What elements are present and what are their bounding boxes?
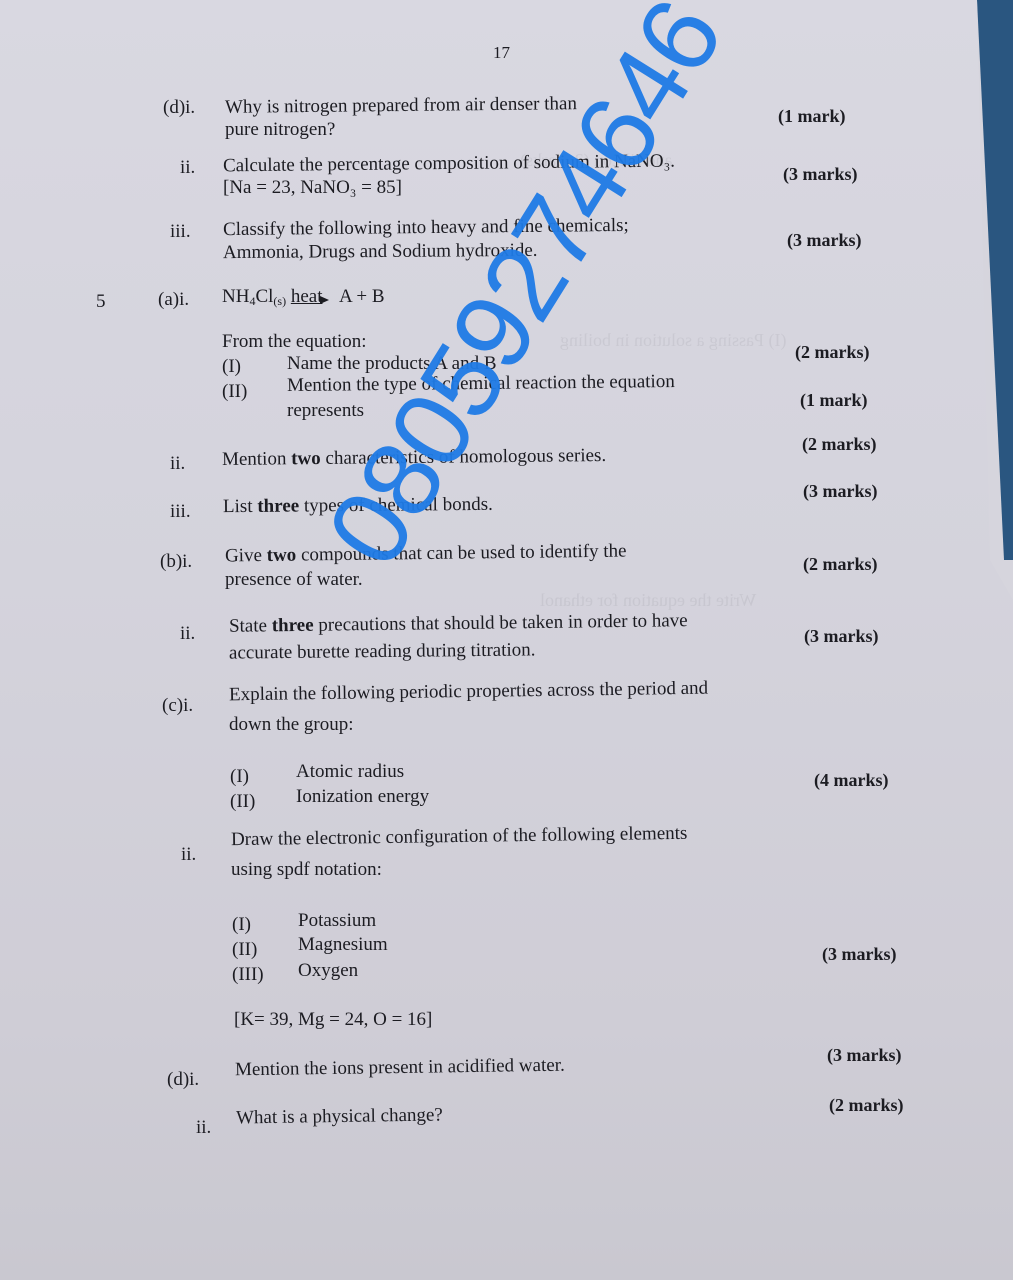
question-label: iii. — [170, 500, 191, 524]
question-text: accurate burette reading during titratio… — [229, 638, 536, 665]
marks-label: (3 marks) — [787, 230, 862, 251]
marks-label: (3 marks) — [803, 481, 878, 502]
marks-label: (2 marks) — [795, 342, 870, 363]
question-number: 5 — [96, 290, 106, 314]
question-label: (c)i. — [162, 694, 193, 718]
question-label: ii. — [180, 156, 195, 180]
sub-label: (II) — [222, 380, 247, 404]
question-label: (a)i. — [158, 288, 189, 312]
marks-label: (2 marks) — [829, 1095, 904, 1116]
reaction-condition: heat — [291, 286, 323, 307]
question-text: State three precautions that should be t… — [229, 609, 688, 639]
sub-question-text: Potassium — [298, 909, 376, 933]
question-text: presence of water. — [225, 568, 363, 592]
question-text: Explain the following periodic propertie… — [229, 677, 708, 708]
chemical-equation: NH4Cl(s) heat A + B — [222, 285, 385, 309]
page-number: 17 — [493, 43, 510, 63]
sub-question-text: Atomic radius — [296, 760, 404, 784]
question-text: using spdf notation: — [231, 858, 382, 882]
question-text: Mention the ions present in acidified wa… — [235, 1054, 565, 1083]
marks-label: (3 marks) — [804, 626, 879, 647]
sub-label: (II) — [230, 790, 255, 814]
question-label: ii. — [180, 622, 195, 646]
sub-label: (II) — [232, 938, 257, 962]
question-label: ii. — [196, 1116, 211, 1140]
question-label: iii. — [170, 220, 191, 244]
question-text: pure nitrogen? — [225, 118, 335, 142]
marks-label: (3 marks) — [822, 944, 897, 965]
question-text: [Na = 23, NaNO₃ = 85] — [223, 176, 402, 200]
marks-label: (4 marks) — [814, 770, 889, 791]
question-text: down the group: — [229, 713, 354, 737]
sub-label: (I) — [222, 355, 241, 379]
sub-label: (I) — [230, 765, 249, 789]
sub-question-text: represents — [287, 399, 364, 423]
sub-question-text: Oxygen — [298, 959, 358, 983]
sub-label: (III) — [232, 963, 264, 987]
question-label: (d)i. — [167, 1068, 199, 1092]
sub-question-text: Magnesium — [298, 933, 388, 957]
question-label: ii. — [181, 843, 196, 867]
marks-label: (3 marks) — [783, 164, 858, 185]
sub-question-text: Ionization energy — [296, 785, 429, 809]
exam-page: and silicon (2 marks) (I) Passing a solu… — [0, 0, 1013, 1280]
atomic-data: [K= 39, Mg = 24, O = 16] — [234, 1008, 432, 1032]
question-label: ii. — [170, 452, 185, 476]
marks-label: (1 mark) — [800, 390, 867, 411]
question-text: Why is nitrogen prepared from air denser… — [225, 92, 577, 120]
marks-label: (3 marks) — [827, 1045, 902, 1066]
show-through-text: Write the equation for ethanol — [540, 590, 756, 611]
question-text: Draw the electronic configuration of the… — [231, 822, 688, 852]
question-label: (d)i. — [163, 96, 195, 120]
marks-label: (2 marks) — [802, 434, 877, 455]
marks-label: (2 marks) — [803, 554, 878, 575]
marks-label: (1 mark) — [778, 106, 845, 127]
show-through-text: (I) Passing a solution in boiling — [560, 330, 787, 351]
question-label: (b)i. — [160, 550, 192, 574]
sub-label: (I) — [232, 913, 251, 937]
question-text: From the equation: — [222, 330, 367, 354]
question-text: What is a physical change? — [236, 1104, 443, 1131]
